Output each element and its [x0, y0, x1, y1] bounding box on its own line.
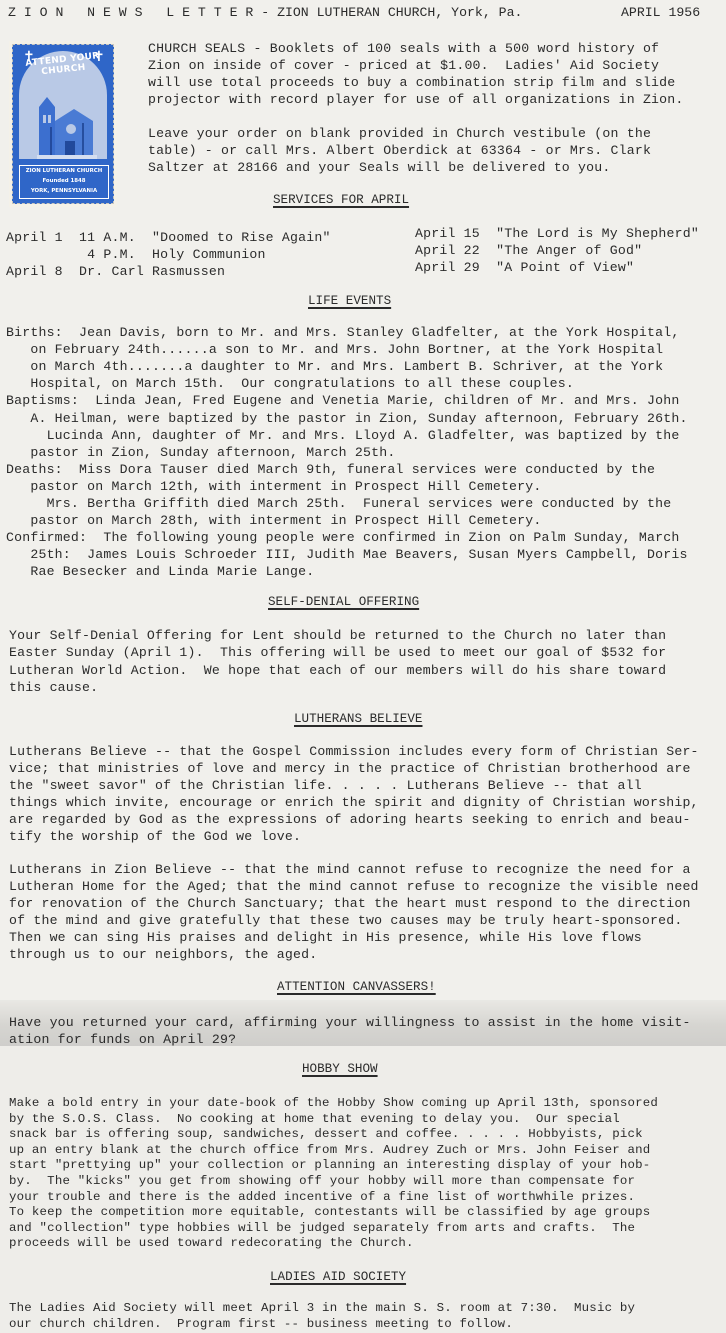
text-line: our church children. Program first -- bu… [9, 1316, 513, 1333]
lutherans-believe-heading: LUTHERANS BELIEVE [294, 712, 422, 726]
canvassers-heading: ATTENTION CANVASSERS! [277, 980, 436, 994]
text-line: things which invite, encourage or enrich… [9, 794, 699, 811]
text-line: The Ladies Aid Society will meet April 3… [9, 1300, 635, 1317]
text-line: Make a bold entry in your date-book of t… [9, 1095, 658, 1112]
text-line: Hospital, on March 15th. Our congratulat… [6, 375, 574, 392]
service-entry: April 1 11 A.M. "Doomed to Rise Again" [6, 229, 331, 246]
text-line: of the mind and give gratefully that the… [9, 912, 682, 929]
text-line: Lucinda Ann, daughter of Mr. and Mrs. Ll… [6, 427, 679, 444]
text-line: A. Heilman, were baptized by the pastor … [6, 410, 688, 427]
text-line: 25th: James Louis Schroeder III, Judith … [6, 546, 688, 563]
text-line: Have you returned your card, affirming y… [9, 1014, 691, 1031]
text-line: this cause. [9, 679, 98, 696]
service-entry: 4 P.M. Holy Communion [6, 246, 266, 263]
text-line: snack bar is offering soup, sandwiches, … [9, 1126, 643, 1143]
newsletter-page: Z I O N N E W S L E T T E R - ZION LUTHE… [0, 0, 726, 1333]
text-line: by. The "kicks" you get from showing off… [9, 1173, 635, 1190]
text-line: on February 24th......a son to Mr. and M… [6, 341, 663, 358]
text-line: on March 4th.......a daughter to Mr. and… [6, 358, 663, 375]
text-line: Lutheran Home for the Aged; that the min… [9, 878, 699, 895]
text-line: ation for funds on April 29? [9, 1031, 236, 1048]
services-heading: SERVICES FOR APRIL [273, 193, 409, 207]
text-line: Zion on inside of cover - priced at $1.0… [148, 57, 659, 74]
text-line: Then we can sing His praises and delight… [9, 929, 642, 946]
text-line: up an entry blank at the church office f… [9, 1142, 650, 1159]
issue-date: APRIL 1956 [621, 5, 700, 20]
text-line: Confirmed: The following young people we… [6, 529, 679, 546]
self-denial-heading: SELF-DENIAL OFFERING [268, 595, 419, 609]
text-line: tify the worship of the God we love. [9, 828, 301, 845]
seal-caption: ZION LUTHERAN CHURCH Founded 1848 YORK, … [19, 165, 109, 199]
text-line: Leave your order on blank provided in Ch… [148, 125, 651, 142]
text-line: through us to our neighbors, the aged. [9, 946, 317, 963]
life-events-heading: LIFE EVENTS [308, 294, 391, 308]
text-line: Easter Sunday (April 1). This offering w… [9, 644, 666, 661]
text-line: table) - or call Mrs. Albert Oberdick at… [148, 142, 651, 159]
seal-caption-line: Founded 1848 [20, 176, 108, 186]
service-entry: April 15 "The Lord is My Shepherd" [415, 225, 699, 242]
church-building-icon [37, 93, 97, 159]
text-line: your trouble and there is the added ince… [9, 1189, 635, 1206]
service-entry: April 8 Dr. Carl Rasmussen [6, 263, 225, 280]
text-line: To keep the competition more equitable, … [9, 1204, 650, 1221]
text-line: Births: Jean Davis, born to Mr. and Mrs.… [6, 324, 679, 341]
text-line: pastor in Zion, Sunday afternoon, March … [6, 444, 395, 461]
text-line: Baptisms: Linda Jean, Fred Eugene and Ve… [6, 392, 679, 409]
text-line: Rae Besecker and Linda Marie Lange. [6, 563, 314, 580]
church-seal-image: ✝ ✝ ATTEND YOUR CHURCH ZION LUTHERAN CHU… [12, 44, 114, 204]
service-entry: April 29 "A Point of View" [415, 259, 634, 276]
text-line: proceeds will be used toward redecoratin… [9, 1235, 414, 1252]
text-line: Lutherans in Zion Believe -- that the mi… [9, 861, 691, 878]
text-line: the "sweet savor" of the Christian life.… [9, 777, 642, 794]
text-line: CHURCH SEALS - Booklets of 100 seals wit… [148, 40, 659, 57]
text-line: projector with record player for use of … [148, 91, 684, 108]
text-line: Deaths: Miss Dora Tauser died March 9th,… [6, 461, 655, 478]
service-entry: April 22 "The Anger of God" [415, 242, 642, 259]
text-line: vice; that ministries of love and mercy … [9, 760, 691, 777]
text-line: pastor on March 28th, with interment in … [6, 512, 542, 529]
text-line: pastor on March 12th, with interment in … [6, 478, 542, 495]
text-line: Your Self-Denial Offering for Lent shoul… [9, 627, 666, 644]
text-line: by the S.O.S. Class. No cooking at home … [9, 1111, 620, 1128]
seal-caption-line: ZION LUTHERAN CHURCH [20, 166, 108, 176]
text-line: for renovation of the Church Sanctuary; … [9, 895, 691, 912]
text-line: Saltzer at 28166 and your Seals will be … [148, 159, 611, 176]
text-line: Mrs. Bertha Griffith died March 25th. Fu… [6, 495, 671, 512]
masthead-title: Z I O N N E W S L E T T E R - ZION LUTHE… [8, 5, 522, 20]
ladies-aid-heading: LADIES AID SOCIETY [270, 1270, 406, 1284]
text-line: Lutherans Believe -- that the Gospel Com… [9, 743, 699, 760]
text-line: Lutheran World Action. We hope that each… [9, 662, 666, 679]
seal-caption-line: YORK, PENNSYLVANIA [20, 186, 108, 196]
text-line: and "collection" type hobbies will be ju… [9, 1220, 635, 1237]
hobby-show-heading: HOBBY SHOW [302, 1062, 378, 1076]
text-line: will use total proceeds to buy a combina… [148, 74, 675, 91]
text-line: are regarded by God as the expressions o… [9, 811, 691, 828]
text-line: start "prettying up" your collection or … [9, 1157, 650, 1174]
